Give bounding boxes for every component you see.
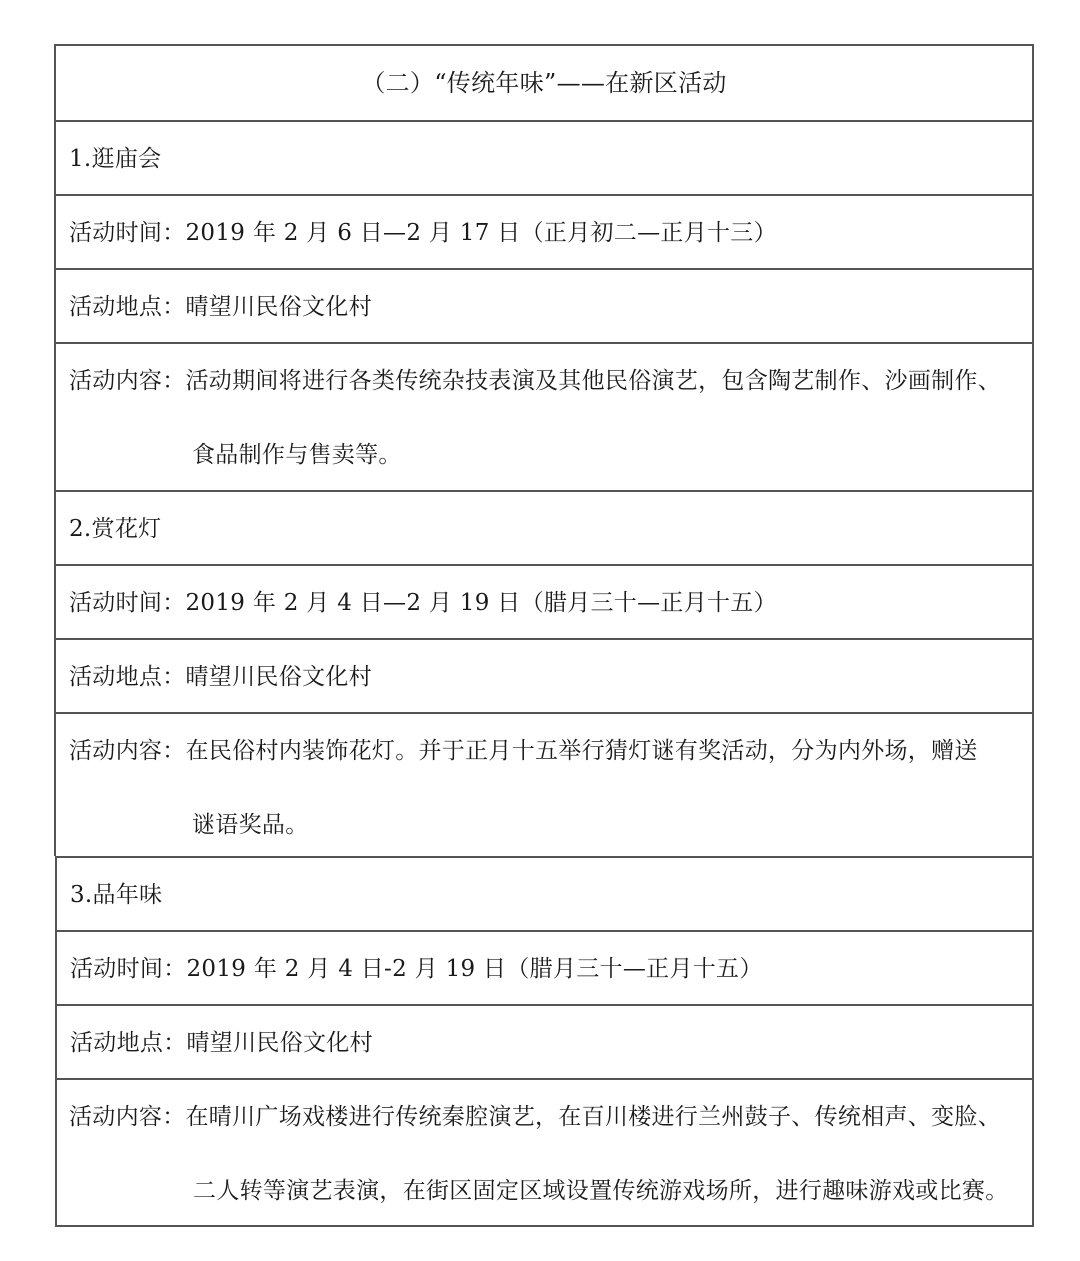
activity-time-row: 活动时间：2019 年 2 月 4 日—2 月 19 日（腊月三十—正月十五） xyxy=(56,564,1032,638)
activity-place: 活动地点：晴望川民俗文化村 xyxy=(69,292,372,322)
section-heading-row: 2.赏花灯 xyxy=(56,490,1032,564)
activity-time-row: 活动时间：2019 年 2 月 6 日—2 月 17 日（正月初二—正月十三） xyxy=(56,194,1032,268)
activity-time-row: 活动时间：2019 年 2 月 4 日-2 月 19 日（腊月三十—正月十五） xyxy=(57,930,1032,1004)
activity-content-line-1: 活动内容：在晴川广场戏楼进行传统秦腔演艺，在百川楼进行兰州鼓子、传统相声、变脸、 xyxy=(69,1102,1001,1132)
activity-place-row: 活动地点：晴望川民俗文化村 xyxy=(56,638,1032,712)
activity-content-row: 活动内容：活动期间将进行各类传统杂技表演及其他民俗演艺，包含陶艺制作、沙画制作、… xyxy=(56,342,1032,490)
activity-place-row: 活动地点：晴望川民俗文化村 xyxy=(57,1004,1032,1078)
activity-content-line-1: 活动内容：活动期间将进行各类传统杂技表演及其他民俗演艺，包含陶艺制作、沙画制作、 xyxy=(69,366,1001,396)
activity-place-row: 活动地点：晴望川民俗文化村 xyxy=(56,268,1032,342)
section-heading: 2.赏花灯 xyxy=(69,514,161,544)
activity-content-line-2: 二人转等演艺表演，在街区固定区域设置传统游戏场所，进行趣味游戏或比赛。 xyxy=(193,1176,1009,1206)
activity-place: 活动地点：晴望川民俗文化村 xyxy=(69,662,372,692)
activity-table-part-1: （二）“传统年味”——在新区活动 1.逛庙会 活动时间：2019 年 2 月 6… xyxy=(54,44,1034,856)
activity-content-line-2: 食品制作与售卖等。 xyxy=(192,440,402,470)
activity-content-line-1: 活动内容：在民俗村内装饰花灯。并于正月十五举行猜灯谜有奖活动，分为内外场，赠送 xyxy=(69,736,978,766)
table-title: （二）“传统年味”——在新区活动 xyxy=(56,68,1032,98)
section-heading-row: 1.逛庙会 xyxy=(56,120,1032,194)
section-heading: 1.逛庙会 xyxy=(69,144,161,174)
activity-time: 活动时间：2019 年 2 月 4 日-2 月 19 日（腊月三十—正月十五） xyxy=(70,954,763,984)
activity-content-row: 活动内容：在晴川广场戏楼进行传统秦腔演艺，在百川楼进行兰州鼓子、传统相声、变脸、… xyxy=(57,1078,1032,1227)
table-title-row: （二）“传统年味”——在新区活动 xyxy=(56,44,1032,120)
activity-table-part-2: 3.品年味 活动时间：2019 年 2 月 4 日-2 月 19 日（腊月三十—… xyxy=(55,856,1034,1227)
section-heading-row: 3.品年味 xyxy=(57,856,1032,930)
section-heading: 3.品年味 xyxy=(70,880,162,910)
activity-place: 活动地点：晴望川民俗文化村 xyxy=(70,1028,373,1058)
activity-content-row: 活动内容：在民俗村内装饰花灯。并于正月十五举行猜灯谜有奖活动，分为内外场，赠送 … xyxy=(56,712,1032,856)
activity-time: 活动时间：2019 年 2 月 6 日—2 月 17 日（正月初二—正月十三） xyxy=(69,218,777,248)
activity-content-line-2: 谜语奖品。 xyxy=(192,810,309,840)
activity-time: 活动时间：2019 年 2 月 4 日—2 月 19 日（腊月三十—正月十五） xyxy=(69,588,777,618)
